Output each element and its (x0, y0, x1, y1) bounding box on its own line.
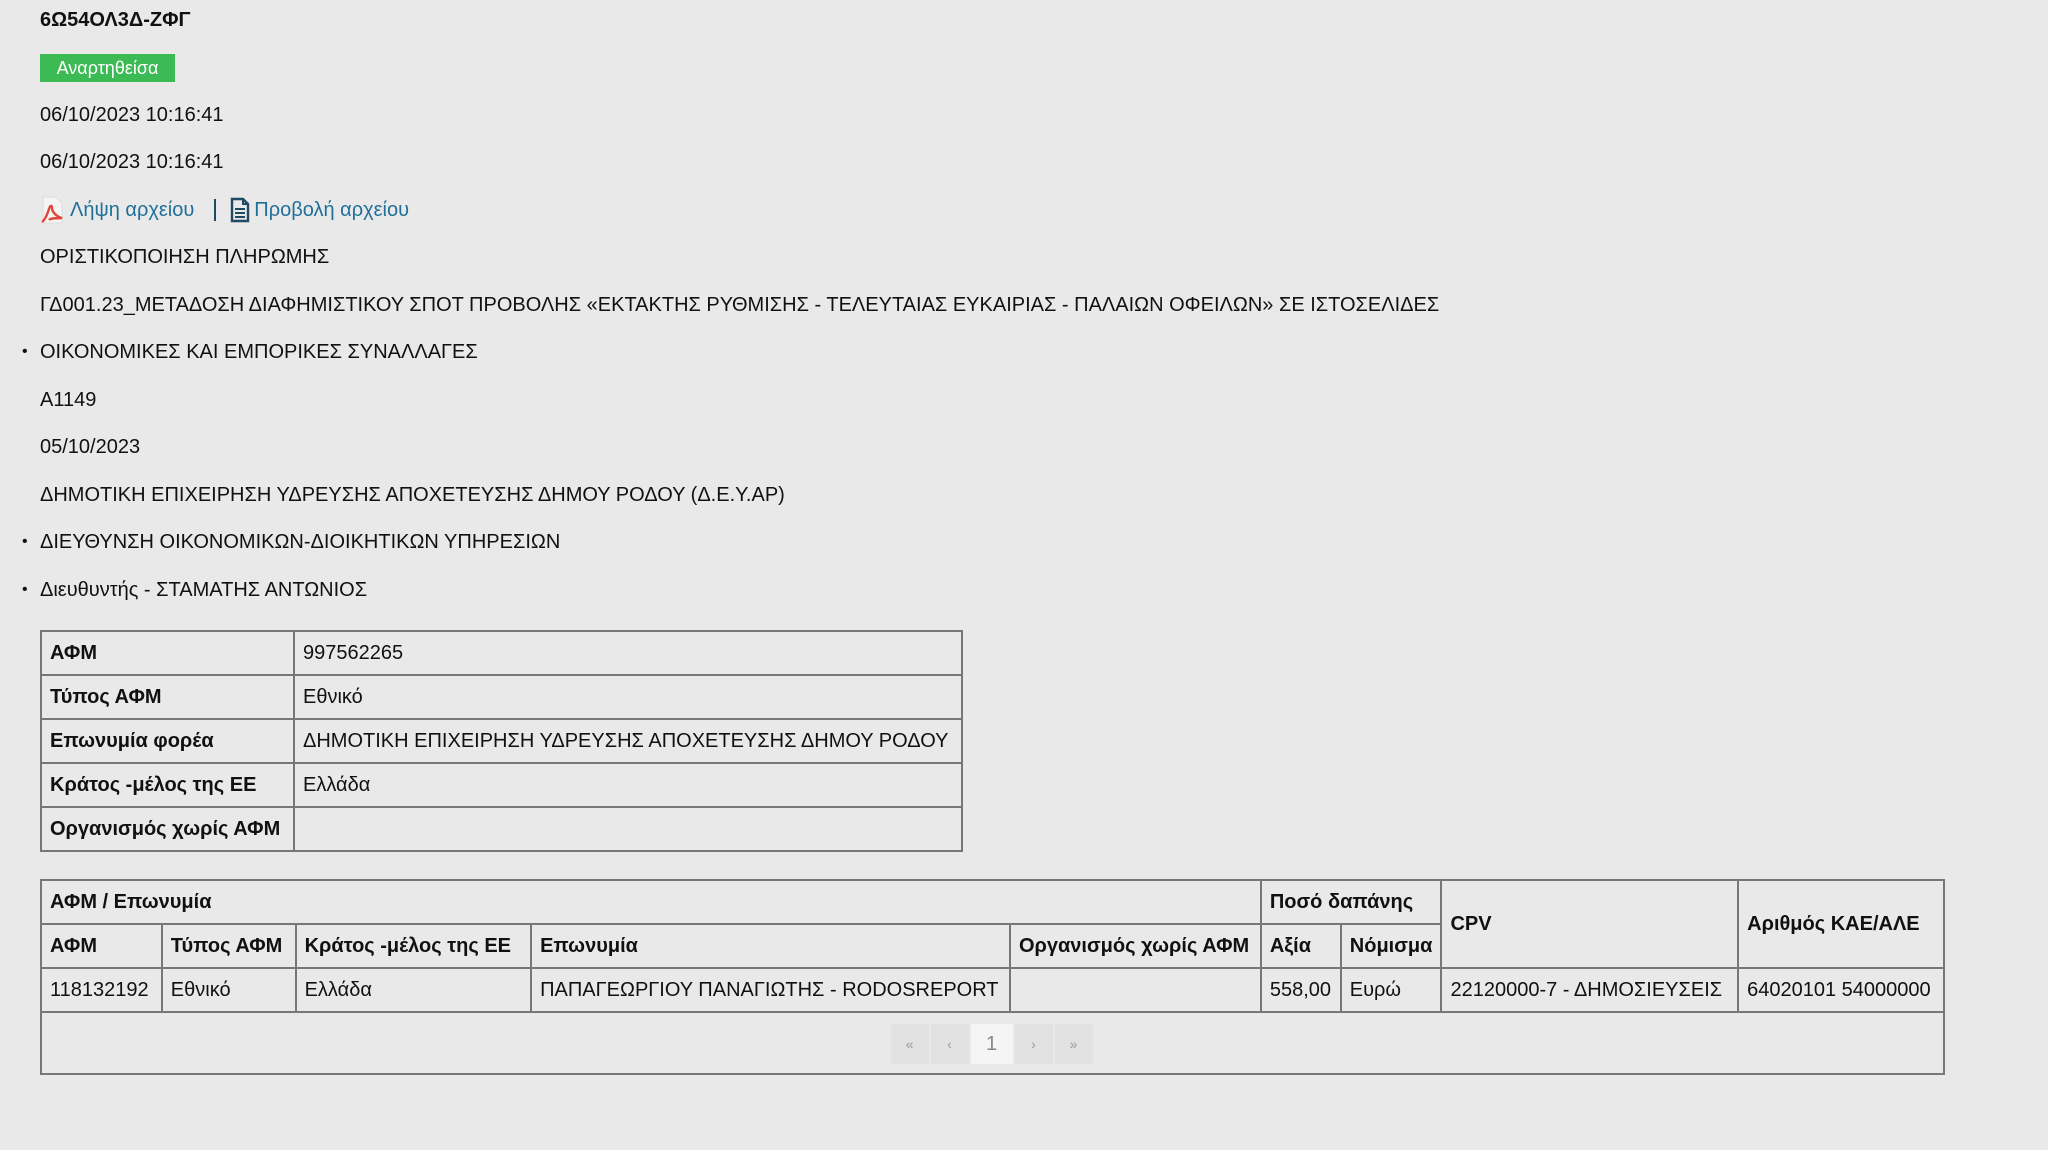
kae-header: Αριθμός ΚΑΕ/ΑΛΕ (1738, 880, 1944, 968)
payer-org-without-afm-value (294, 807, 962, 851)
payer-afm-value: 997562265 (294, 631, 962, 675)
submitted-timestamp: 06/10/2023 10:16:41 (40, 150, 224, 174)
table-row: Κράτος -μέλος της ΕΕ Ελλάδα (41, 763, 962, 807)
amount-group-header: Ποσό δαπάνης (1261, 880, 1442, 924)
pagination: « ‹ 1 › » (891, 1024, 1095, 1064)
download-file-label: Λήψη αρχείου (70, 199, 194, 222)
view-file-link[interactable]: Προβολή αρχείου (230, 197, 409, 223)
afm-name-group-header: ΑΦΜ / Επωνυμία (41, 880, 1261, 924)
published-timestamp: 06/10/2023 10:16:41 (40, 103, 224, 127)
payer-country-label: Κράτος -μέλος της ΕΕ (41, 763, 294, 807)
afm-type-cell: Εθνικό (162, 968, 296, 1012)
name-cell: ΠΑΠΑΓΕΩΡΓΙΟΥ ΠΑΝΑΓΙΩΤΗΣ - RODOSREPORT (531, 968, 1010, 1012)
first-page-button[interactable]: « (891, 1024, 931, 1064)
amount-cell: 558,00 (1261, 968, 1341, 1012)
cpv-header: CPV (1441, 880, 1738, 968)
decision-subject: ΓΔ001.23_ΜΕΤΑΔΟΣΗ ΔΙΑΦΗΜΙΣΤΙΚΟΥ ΣΠΟΤ ΠΡΟ… (40, 293, 1439, 317)
table-row: Τύπος ΑΦΜ Εθνικό (41, 675, 962, 719)
view-file-label: Προβολή αρχείου (254, 199, 409, 222)
name-header: Επωνυμία (531, 924, 1010, 968)
payer-afm-type-label: Τύπος ΑΦΜ (41, 675, 294, 719)
payer-afm-label: ΑΦΜ (41, 631, 294, 675)
org-without-afm-cell (1010, 968, 1261, 1012)
payer-org-without-afm-label: Οργανισμός χωρίς ΑΦΜ (41, 807, 294, 851)
payer-table: ΑΦΜ 997562265 Τύπος ΑΦΜ Εθνικό Επωνυμία … (40, 630, 963, 852)
afm-type-header: Τύπος ΑΦΜ (162, 924, 296, 968)
issue-date: 05/10/2023 (40, 435, 140, 459)
beneficiary-table: ΑΦΜ / Επωνυμία Ποσό δαπάνης CPV Αριθμός … (40, 879, 1945, 1075)
payer-name-value: ΔΗΜΟΤΙΚΗ ΕΠΙΧΕΙΡΗΣΗ ΥΔΡΕΥΣΗΣ ΑΠΟΧΕΤΕΥΣΗΣ… (294, 719, 962, 763)
amount-header: Αξία (1261, 924, 1341, 968)
organization-unit: ΔΙΕΥΘΥΝΣΗ ΟΙΚΟΝΟΜΙΚΩΝ-ΔΙΟΙΚΗΤΙΚΩΝ ΥΠΗΡΕΣ… (40, 530, 560, 554)
country-cell: Ελλάδα (296, 968, 531, 1012)
protocol-number: Α1149 (40, 388, 96, 412)
file-links: Λήψη αρχείου Προβολή αρχείου (40, 196, 409, 224)
organization-name: ΔΗΜΟΤΙΚΗ ΕΠΙΧΕΙΡΗΣΗ ΥΔΡΕΥΣΗΣ ΑΠΟΧΕΤΕΥΣΗΣ… (40, 483, 785, 507)
last-page-button[interactable]: » (1055, 1024, 1095, 1064)
download-file-link[interactable]: Λήψη αρχείου (40, 196, 194, 224)
table-row: ΑΦΜ 997562265 (41, 631, 962, 675)
cpv-cell: 22120000-7 - ΔΗΜΟΣΙΕΥΣΕΙΣ (1441, 968, 1738, 1012)
currency-header: Νόμισμα (1341, 924, 1442, 968)
afm-header: ΑΦΜ (41, 924, 162, 968)
signer: Διευθυντής - ΣΤΑΜΑΤΗΣ ΑΝΤΩΝΙΟΣ (40, 578, 367, 602)
table-group-header-row: ΑΦΜ / Επωνυμία Ποσό δαπάνης CPV Αριθμός … (41, 880, 1944, 924)
current-page-button[interactable]: 1 (971, 1024, 1015, 1064)
table-row: Οργανισμός χωρίς ΑΦΜ (41, 807, 962, 851)
pdf-icon (40, 196, 64, 224)
status-badge: Αναρτηθείσα (40, 54, 175, 82)
payer-afm-type-value: Εθνικό (294, 675, 962, 719)
currency-cell: Ευρώ (1341, 968, 1442, 1012)
pagination-row: « ‹ 1 › » (41, 1012, 1944, 1074)
thematic-category: ΟΙΚΟΝΟΜΙΚΕΣ ΚΑΙ ΕΜΠΟΡΙΚΕΣ ΣΥΝΑΛΛΑΓΕΣ (40, 340, 478, 364)
ada-code: 6Ω54ΟΛ3Δ-ΖΦΓ (40, 8, 191, 32)
org-without-afm-header: Οργανισμός χωρίς ΑΦΜ (1010, 924, 1261, 968)
table-row: 118132192 Εθνικό Ελλάδα ΠΑΠΑΓΕΩΡΓΙΟΥ ΠΑΝ… (41, 968, 1944, 1012)
pagination-cell: « ‹ 1 › » (41, 1012, 1944, 1074)
next-page-button[interactable]: › (1015, 1024, 1055, 1064)
kae-cell: 64020101 54000000 (1738, 968, 1944, 1012)
payer-country-value: Ελλάδα (294, 763, 962, 807)
decision-type: ΟΡΙΣΤΙΚΟΠΟΙΗΣΗ ΠΛΗΡΩΜΗΣ (40, 245, 329, 269)
afm-cell: 118132192 (41, 968, 162, 1012)
link-divider (214, 199, 216, 221)
table-row: Επωνυμία φορέα ΔΗΜΟΤΙΚΗ ΕΠΙΧΕΙΡΗΣΗ ΥΔΡΕΥ… (41, 719, 962, 763)
country-header: Κράτος -μέλος της ΕΕ (296, 924, 531, 968)
payer-name-label: Επωνυμία φορέα (41, 719, 294, 763)
prev-page-button[interactable]: ‹ (931, 1024, 971, 1064)
document-icon (230, 197, 250, 223)
